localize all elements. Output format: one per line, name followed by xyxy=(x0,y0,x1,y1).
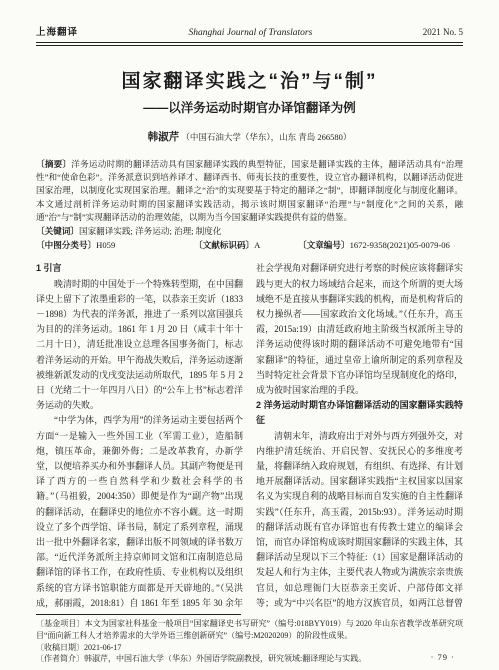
body-columns: 1 引言 晚清时期的中国处于一个特殊转型期，在中国翻译史上留下了浓墨重彩的一笔，… xyxy=(36,261,463,611)
journal-name-cn: 上海翻译 xyxy=(36,24,78,38)
article-title: 国家翻译实践之“治”与“制” xyxy=(36,66,463,93)
keywords-text: 国家翻译实践; 洋务运动; 治理; 制度化 xyxy=(79,226,222,236)
author-name: 韩淑芹 xyxy=(148,131,180,143)
paper-page: 上海翻译 Shanghai Journal of Translators 202… xyxy=(0,0,499,670)
left-column: 1 引言 晚清时期的中国处于一个特殊转型期，在中国翻译史上留下了浓墨重彩的一笔，… xyxy=(36,261,243,611)
section-heading-2: 2 洋务运动时期官办译馆翻译活动的国家翻译实践特征 xyxy=(256,398,463,428)
document-code: 〔文献标识码〕A xyxy=(194,239,298,252)
meta-row: 〔中图分类号〕H059 〔文献标识码〕A 〔文章编号〕1672-9358(202… xyxy=(36,239,463,252)
footnotes: 〔基金项目〕本文为国家社科基金一般项目“国家翻译史书写研究”（编号:018BYY… xyxy=(36,618,463,664)
abstract-text: 洋务运动时期的翻译活动具有国家翻译实践的典型特征，国家是翻译实践的主体，翻译活动… xyxy=(36,159,463,222)
running-head: 上海翻译 Shanghai Journal of Translators 202… xyxy=(36,24,463,38)
right-column: 社会学视角对翻译研究进行考察的时候应该将翻译实践与更大的权力场域结合起来，而这个… xyxy=(256,261,463,611)
body-paragraph: 清朝末年，清政府出于对外与西方列强外交，对内维护清廷统治、开启民智、安抚民心的多… xyxy=(256,429,463,612)
footnote-bio: 〔作者简介〕韩淑芹，中国石油大学（华东）外国语学院副教授，研究领域:翻译理论与实… xyxy=(36,653,463,665)
clc-number: 〔中图分类号〕H059 xyxy=(36,239,194,252)
author-line: 韩淑芹 （中国石油大学（华东），山东 青岛 266580） xyxy=(36,129,463,144)
body-paragraph: 晚清时期的中国处于一个特殊转型期，在中国翻译史上留下了浓墨重彩的一笔，以恭亲王奕… xyxy=(36,277,243,414)
page-number: · 79 · xyxy=(431,652,455,662)
abstract-label: 〔摘要〕 xyxy=(36,159,71,169)
footnote-separator xyxy=(36,614,241,615)
body-paragraph: 社会学视角对翻译研究进行考察的时候应该将翻译实践与更大的权力场域结合起来，而这个… xyxy=(256,261,463,398)
keywords-label: 〔关键词〕 xyxy=(36,226,79,236)
footnote-received: 〔收稿日期〕2021-06-17 xyxy=(36,642,463,654)
journal-issue: 2021 No. 5 xyxy=(423,27,463,37)
journal-name-en: Shanghai Journal of Translators xyxy=(188,28,312,38)
author-affiliation: （中国石油大学（华东），山东 青岛 266580） xyxy=(181,132,351,142)
article-id: 〔文章编号〕1672-9358(2021)05-0079-06 xyxy=(298,239,463,252)
footnote-fund: 〔基金项目〕本文为国家社科基金一般项目“国家翻译史书写研究”（编号:018BYY… xyxy=(36,618,463,641)
section-heading-1: 1 引言 xyxy=(36,261,243,276)
abstract: 〔摘要〕洋务运动时期的翻译活动具有国家翻译实践的典型特征，国家是翻译实践的主体，… xyxy=(36,158,463,224)
article-subtitle: ——以洋务运动时期官办译馆翻译为例 xyxy=(36,98,463,116)
body-paragraph: “中学为体，西学为用”的洋务运动主要包括两个方面“一是输入一些外国工业（军需工业… xyxy=(36,413,243,611)
keywords: 〔关键词〕国家翻译实践; 洋务运动; 治理; 制度化 xyxy=(36,225,463,238)
header-double-rule xyxy=(36,42,463,46)
